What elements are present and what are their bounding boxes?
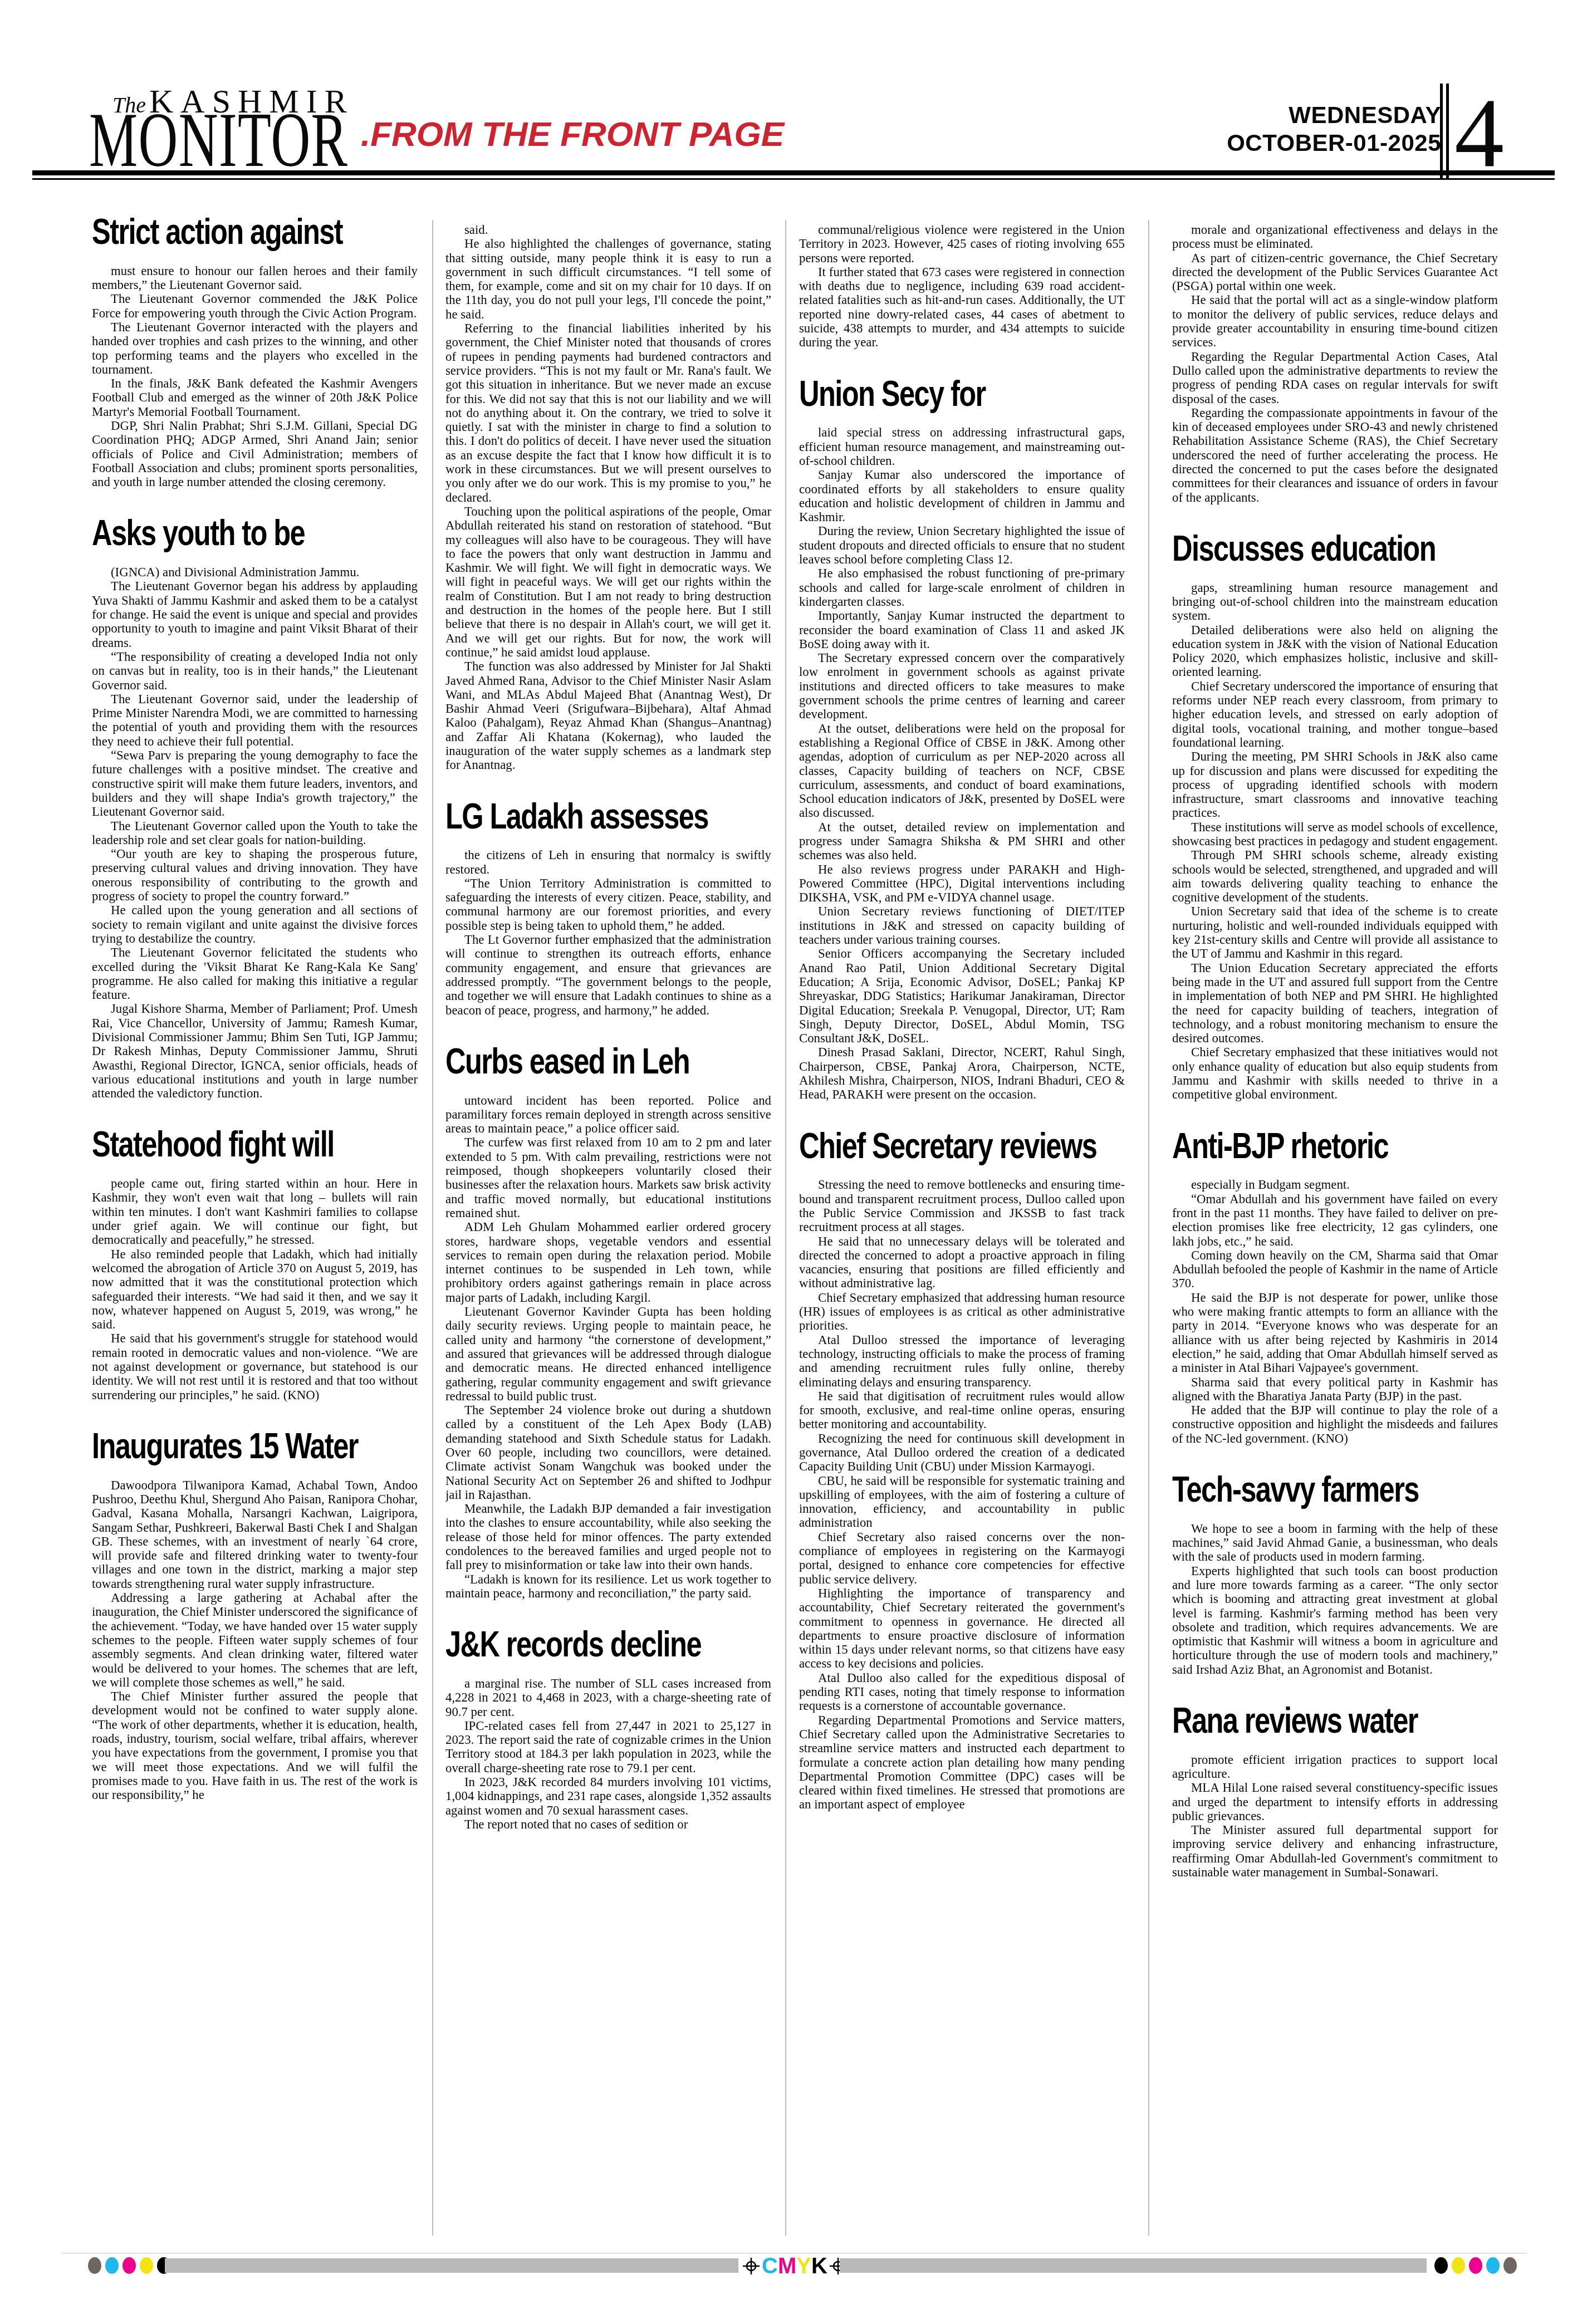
body-paragraph: the citizens of Leh in ensuring that nor…: [445, 848, 771, 876]
print-color-dot: [1486, 2257, 1500, 2274]
header-rule-thick: [32, 170, 1555, 175]
page-number: 4: [1454, 84, 1504, 183]
print-color-dot: [1469, 2257, 1482, 2274]
column-divider: [432, 220, 433, 2235]
body-paragraph: Dinesh Prasad Saklani, Director, NCERT, …: [799, 1045, 1125, 1101]
body-paragraph: During the meeting, PM SHRI Schools in J…: [1172, 749, 1498, 820]
body-paragraph: The Lieutenant Governor commended the J&…: [92, 292, 418, 320]
article-headline: LG Ladakh assesses: [445, 799, 771, 834]
body-paragraph: It further stated that 673 cases were re…: [799, 265, 1125, 350]
body-paragraph: Through PM SHRI schools scheme, already …: [1172, 848, 1498, 904]
body-paragraph: He said that his government's struggle f…: [92, 1331, 418, 1401]
print-color-dot: [1503, 2257, 1517, 2274]
news-column-3: communal/religious violence were registe…: [799, 223, 1125, 2241]
article-headline: Strict action against: [92, 214, 418, 249]
body-paragraph: He also reminded people that Ladakh, whi…: [92, 1247, 418, 1332]
article-headline: J&K records decline: [445, 1627, 771, 1662]
body-paragraph: DGP, Shri Nalin Prabhat; Shri S.J.M. Gil…: [92, 419, 418, 489]
cmyk-letter: M: [778, 2254, 796, 2278]
body-paragraph: The Lieutenant Governor called upon the …: [92, 819, 418, 847]
body-paragraph: Atal Dulloo stressed the importance of l…: [799, 1333, 1125, 1389]
body-paragraph: Experts highlighted that such tools can …: [1172, 1564, 1498, 1676]
print-color-dots-right: [1434, 2257, 1521, 2274]
body-paragraph: ADM Leh Ghulam Mohammed earlier ordered …: [445, 1220, 771, 1305]
article-headline: Rana reviews water: [1172, 1703, 1498, 1738]
body-paragraph: MLA Hilal Lone raised several constituen…: [1172, 1781, 1498, 1823]
body-paragraph: The function was also addressed by Minis…: [445, 659, 771, 772]
body-paragraph: He also highlighted the challenges of go…: [445, 237, 771, 321]
body-paragraph: Importantly, Sanjay Kumar instructed the…: [799, 609, 1125, 651]
body-paragraph: Detailed deliberations were also held on…: [1172, 623, 1498, 679]
body-paragraph: Chief Secretary underscored the importan…: [1172, 679, 1498, 749]
body-paragraph: morale and organizational effectiveness …: [1172, 223, 1498, 251]
body-paragraph: Recognizing the need for continuous skil…: [799, 1431, 1125, 1474]
body-paragraph: Addressing a large gathering at Achabal …: [92, 1591, 418, 1689]
print-color-dot: [88, 2257, 101, 2274]
news-column-1: Strict action againstmust ensure to hono…: [92, 214, 418, 2233]
article-headline: Inaugurates 15 Water: [92, 1429, 418, 1464]
body-paragraph: The curfew was first relaxed from 10 am …: [445, 1135, 771, 1220]
weekday-label: WEDNESDAY: [1227, 101, 1441, 129]
body-paragraph: communal/religious violence were registe…: [799, 223, 1125, 265]
body-paragraph: (IGNCA) and Divisional Administration Ja…: [92, 565, 418, 579]
body-paragraph: He also emphasised the robust functionin…: [799, 566, 1125, 609]
body-paragraph: Union Secretary said that idea of the sc…: [1172, 904, 1498, 960]
body-paragraph: He added that the BJP will continue to p…: [1172, 1403, 1498, 1445]
date-block: WEDNESDAY OCTOBER-01-2025: [1227, 101, 1441, 157]
body-paragraph: In the finals, J&K Bank defeated the Kas…: [92, 376, 418, 419]
body-paragraph: especially in Budgam segment.: [1172, 1178, 1498, 1192]
cmyk-registration-block: CMYK: [741, 2254, 849, 2278]
body-paragraph: At the outset, deliberations were held o…: [799, 722, 1125, 820]
body-paragraph: He said that the portal will act as a si…: [1172, 293, 1498, 349]
print-color-dot: [123, 2257, 136, 2274]
body-paragraph: He called upon the young generation and …: [92, 903, 418, 945]
article-headline: Asks youth to be: [92, 516, 418, 551]
article-headline: Curbs eased in Leh: [445, 1044, 771, 1079]
body-paragraph: Sharma said that every political party i…: [1172, 1375, 1498, 1404]
body-paragraph: He also reviews progress under PARAKH an…: [799, 862, 1125, 905]
body-paragraph: The Lieutenant Governor began his addres…: [92, 579, 418, 649]
body-paragraph: During the review, Union Secretary highl…: [799, 524, 1125, 566]
article-headline: Discusses education: [1172, 531, 1498, 566]
body-paragraph: In 2023, J&K recorded 84 murders involvi…: [445, 1775, 771, 1817]
body-paragraph: He said the BJP is not desperate for pow…: [1172, 1291, 1498, 1375]
body-paragraph: people came out, firing started within a…: [92, 1176, 418, 1247]
news-column-2: said.He also highlighted the challenges …: [445, 223, 771, 2241]
body-paragraph: Referring to the financial liabilities i…: [445, 321, 771, 504]
body-paragraph: Regarding the Regular Departmental Actio…: [1172, 350, 1498, 406]
body-paragraph: The September 24 violence broke out duri…: [445, 1403, 771, 1502]
body-paragraph: must ensure to honour our fallen heroes …: [92, 264, 418, 292]
body-paragraph: Jugal Kishore Sharma, Member of Parliame…: [92, 1002, 418, 1100]
body-paragraph: Senior Officers accompanying the Secreta…: [799, 947, 1125, 1045]
article-headline: Statehood fight will: [92, 1127, 418, 1162]
body-paragraph: Union Secretary reviews functioning of D…: [799, 904, 1125, 947]
cmyk-letter: C: [762, 2254, 778, 2278]
body-paragraph: Meanwhile, the Ladakh BJP demanded a fai…: [445, 1502, 771, 1572]
body-paragraph: The Lt Governor further emphasized that …: [445, 933, 771, 1017]
body-paragraph: gaps, streamlining human resource manage…: [1172, 581, 1498, 623]
section-tagline: .FROM THE FRONT PAGE: [361, 115, 784, 154]
registration-mark-icon: [743, 2255, 760, 2279]
body-paragraph: IPC-related cases fell from 27,447 in 20…: [445, 1719, 771, 1775]
column-divider: [785, 220, 786, 2235]
body-paragraph: “Omar Abdullah and his government have f…: [1172, 1192, 1498, 1248]
body-paragraph: untoward incident has been reported. Pol…: [445, 1094, 771, 1136]
body-paragraph: These institutions will serve as model s…: [1172, 820, 1498, 849]
body-paragraph: said.: [445, 223, 771, 237]
body-paragraph: “Sewa Parv is preparing the young demogr…: [92, 748, 418, 818]
body-paragraph: laid special stress on addressing infras…: [799, 425, 1125, 468]
print-color-dots-left: [88, 2257, 174, 2274]
cmyk-letter: K: [811, 2254, 827, 2278]
body-paragraph: Highlighting the importance of transpare…: [799, 1586, 1125, 1671]
body-paragraph: The Chief Minister further assured the p…: [92, 1689, 418, 1802]
body-paragraph: He said that no unnecessary delays will …: [799, 1234, 1125, 1291]
body-paragraph: Atal Dulloo also called for the expediti…: [799, 1671, 1125, 1713]
body-paragraph: Regarding Departmental Promotions and Se…: [799, 1713, 1125, 1812]
body-paragraph: a marginal rise. The number of SLL cases…: [445, 1676, 771, 1719]
body-paragraph: Chief Secretary also raised concerns ove…: [799, 1530, 1125, 1586]
article-headline: Union Secy for: [799, 376, 1125, 411]
body-paragraph: Chief Secretary emphasized that these in…: [1172, 1045, 1498, 1101]
body-paragraph: “Ladakh is known for its resilience. Let…: [445, 1572, 771, 1601]
body-paragraph: promote efficient irrigation practices t…: [1172, 1753, 1498, 1781]
body-paragraph: Touching upon the political aspirations …: [445, 504, 771, 659]
pageno-divider-line: [1440, 84, 1443, 179]
cmyk-letters: CMYK: [762, 2254, 827, 2278]
article-headline: Chief Secretary reviews: [799, 1129, 1125, 1164]
body-paragraph: “Our youth are key to shaping the prospe…: [92, 847, 418, 903]
body-paragraph: The Lieutenant Governor interacted with …: [92, 320, 418, 376]
footer-gray-bar: [840, 2258, 1427, 2273]
body-paragraph: We hope to see a boom in farming with th…: [1172, 1522, 1498, 1564]
article-headline: Anti-BJP rhetoric: [1172, 1129, 1498, 1164]
pageno-divider-line: [1446, 84, 1449, 179]
print-color-dot: [1452, 2257, 1465, 2274]
body-paragraph: CBU, he said will be responsible for sys…: [799, 1474, 1125, 1530]
body-paragraph: The Lieutenant Governor felicitated the …: [92, 945, 418, 1002]
body-paragraph: The Secretary expressed concern over the…: [799, 651, 1125, 721]
cmyk-letter: Y: [796, 2254, 811, 2278]
body-paragraph: The Lieutenant Governor said, under the …: [92, 692, 418, 748]
print-color-dot: [1434, 2257, 1448, 2274]
body-paragraph: At the outset, detailed review on implem…: [799, 820, 1125, 862]
footer-gray-bar: [165, 2258, 738, 2273]
article-headline: Tech-savvy farmers: [1172, 1472, 1498, 1507]
body-paragraph: He said that digitisation of recruitment…: [799, 1389, 1125, 1431]
print-color-dot: [140, 2257, 153, 2274]
body-paragraph: Regarding the compassionate appointments…: [1172, 406, 1498, 504]
body-paragraph: Dawoodpora Tilwanipora Kamad, Achabal To…: [92, 1478, 418, 1591]
body-paragraph: The Minister assured full departmental s…: [1172, 1823, 1498, 1879]
body-paragraph: The report noted that no cases of sediti…: [445, 1817, 771, 1831]
newspaper-page: TheKASHMIR MONITOR .FROM THE FRONT PAGE …: [0, 0, 1587, 2324]
body-paragraph: “The responsibility of creating a develo…: [92, 650, 418, 692]
body-paragraph: The Union Education Secretary appreciate…: [1172, 961, 1498, 1046]
body-paragraph: Lieutenant Governor Kavinder Gupta has b…: [445, 1305, 771, 1403]
body-paragraph: Stressing the need to remove bottlenecks…: [799, 1178, 1125, 1234]
body-paragraph: Coming down heavily on the CM, Sharma sa…: [1172, 1248, 1498, 1291]
news-column-4: morale and organizational effectiveness …: [1172, 223, 1498, 2241]
header-rule-thin: [32, 178, 1555, 180]
masthead-monitor: MONITOR: [89, 101, 348, 179]
body-paragraph: Chief Secretary emphasized that addressi…: [799, 1291, 1125, 1333]
body-paragraph: As part of citizen-centric governance, t…: [1172, 251, 1498, 293]
print-color-dot: [105, 2257, 119, 2274]
column-divider: [1148, 220, 1149, 2235]
body-paragraph: “The Union Territory Administration is c…: [445, 876, 771, 933]
body-paragraph: Sanjay Kumar also underscored the import…: [799, 468, 1125, 524]
date-label: OCTOBER-01-2025: [1227, 129, 1441, 157]
